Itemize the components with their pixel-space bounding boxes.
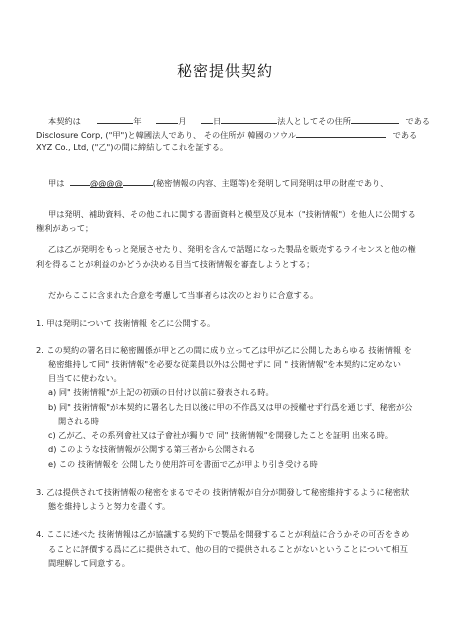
seoul-address-blank [296,128,386,138]
document-title: 秘密提供契約 [0,60,450,81]
kou-code: @@@@ [90,178,123,188]
kou-blank-1 [70,176,90,186]
clause-2-item-e: e) この 技術情報を 公開したり使用許可を書面で乙が甲より引き受ける時 [48,459,318,470]
day-label: 日 [213,116,221,126]
clause-3-line-2: 態を維持しようと努力を盡くす。 [48,501,170,512]
kou-blank-2 [123,176,153,186]
intro-line-2-suffix: である [393,130,418,140]
para-kenri-line-1: 甲は発明、補助資料、その他これに関する書面資料と模型及び見本（"技術情報"）を他… [48,209,416,220]
clause-2-item-b-line-1: b) 同" 技術情報"が本契約に署名した日以後に甲の不作爲又は甲の授權せず行爲を… [48,402,412,413]
intro-prefix: 本契約は [48,116,81,126]
clause-2-item-b-line-2: 開される時 [58,416,99,427]
para-kou-prefix: 甲は [48,178,64,188]
month-blank [156,114,178,124]
clause-2-item-a: a) 同" 技術情報"が上記の初頭の日付け以前に發表される時。 [48,387,274,398]
company-blank [221,114,277,124]
clause-4-line-3: 間理解して同意する。 [48,558,130,569]
year-blank [97,114,133,124]
para-kou: 甲は @@@@(秘密情報の内容、主題等)を発明して同発明は甲の財産であり、 [48,176,388,189]
day-blank [201,114,213,124]
address-blank [351,114,399,124]
para-otsu-line-2: 利を得ることが利益のかどうか決める目当て技術情報を審査しようとする； [36,259,314,270]
clause-4-line-2: ることに評價する爲に乙に提供されて、他の目的で提供されることがないということにつ… [48,544,408,555]
clause-4-line-1: 4. ここに述べた 技術情報は乙が協議する契約下で製品を開發することが利益に合う… [36,529,409,540]
intro-line-1: 本契約は 年 月 日法人としてその住所 である [48,114,430,127]
clause-2-item-c: c) 乙が乙、その系列會社又は子會社が獨りで 同" 技術情報"を開發したことを証… [48,430,393,441]
clause-2-item-d: d) このような技術情報が公開する第三者から公開される [48,444,256,455]
document-page: 秘密提供契約 本契約は 年 月 日法人としてその住所 である Disclosur… [0,0,450,636]
month-label: 月 [178,116,186,126]
clause-1: 1. 甲は発明について 技術情報 を乙に公開する。 [36,318,215,329]
intro-line-3: XYZ Co., Ltd, ("乙")の間に締結してこれを証する。 [36,142,228,153]
clause-2-line-3: 目当てに使わない。 [48,373,122,384]
clause-2-line-2: 秘密維持して同" 技術情報"を必要な従業員以外は公開せずに 同 " 技術情報"を… [48,359,401,370]
intro-suffix: である [406,116,431,126]
para-agree: だからここに含まれた合意を考慮して当事者らは次のとおりに合意する。 [48,290,318,301]
intro-line-2: Disclosure Corp, ("甲")と韓國法人であり、 その住所が 韓國… [36,128,417,141]
intro-line-2-text: Disclosure Corp, ("甲")と韓國法人であり、 その住所が 韓國… [36,130,296,140]
clause-3-line-1: 3. 乙は提供されて技術情報の秘密をまるでその 技術情報が自分が開發して秘密維持… [36,487,409,498]
intro-mid: 法人としてその住所 [277,116,351,126]
para-kou-suffix: (秘密情報の内容、主題等)を発明して同発明は甲の財産であり、 [153,178,389,188]
clause-2-line-1: 2. この契約の署名日に秘密關係が甲と乙の間に成り立って乙は甲が乙に公開したあら… [36,345,412,356]
para-kenri-line-2: 権利があって； [36,223,93,234]
para-otsu-line-1: 乙は乙が発明をもっと発展させたり、発明を含んで話題になった製品を販売するライセン… [48,244,416,255]
year-label: 年 [133,116,141,126]
